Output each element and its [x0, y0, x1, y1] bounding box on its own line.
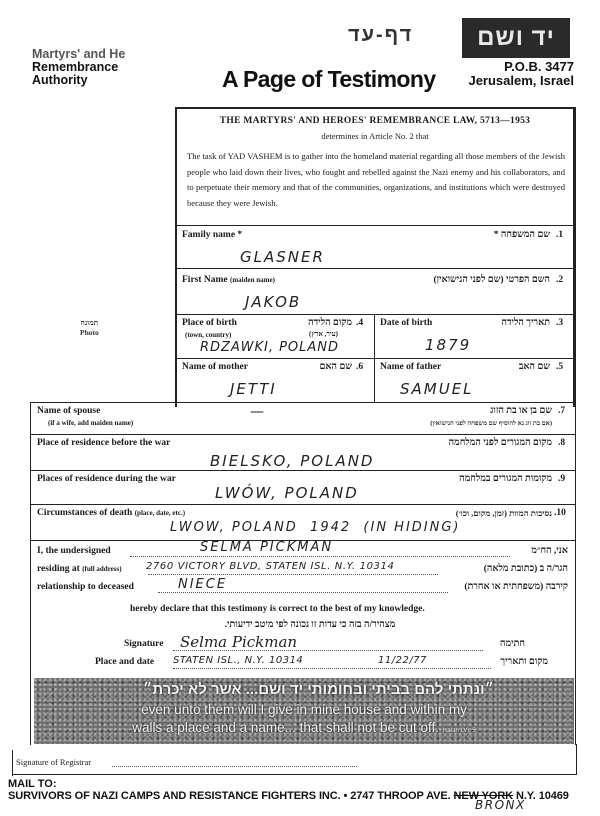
mother-name-hebrew: שם האם	[300, 362, 352, 372]
law-subheading: determines in Article No. 2 that	[177, 131, 573, 141]
residence-during-war-label: Places of residence during the war	[37, 474, 176, 484]
field-number: .3	[556, 318, 563, 328]
banner-reference: Isaiah LVI, 5	[443, 728, 476, 734]
declaration-text: hereby declare that this testimony is co…	[130, 604, 425, 614]
mother-name-label: Name of mother	[182, 362, 248, 372]
page-title: A Page of Testimony	[222, 66, 436, 93]
hebrew-title: דף-עד	[348, 24, 413, 47]
field-number: .10	[554, 508, 566, 518]
photo-label-hebrew: תמונה	[80, 318, 99, 328]
residence-before-war-label: Place of residence before the war	[37, 438, 170, 448]
field-number: .7	[558, 406, 565, 416]
father-name-field[interactable]: SAMUEL	[400, 380, 474, 398]
yad-vashem-logo: יד ושם	[462, 18, 570, 58]
undersigned-field[interactable]: SELMA PICKMAN	[200, 540, 333, 555]
field-number: .6	[356, 362, 363, 372]
field-number: .5	[556, 362, 563, 372]
spouse-sublabel: (if a wife, add maiden name)	[48, 418, 133, 428]
organization-name: Martyrs' and He Remembrance Authority	[32, 48, 125, 87]
law-body: The task of YAD VASHEM is to gather into…	[187, 149, 565, 211]
photo-label: Photo	[80, 328, 99, 338]
registrar-frame-left	[12, 750, 13, 776]
divider	[175, 225, 575, 226]
place-date-label: Place and date	[95, 657, 154, 667]
first-name-hebrew: השם הפרטי (שם לפני הנישואין)	[400, 275, 550, 285]
field-number: .8	[558, 438, 565, 448]
divider	[374, 314, 375, 402]
divider	[30, 470, 575, 471]
registrar-signature-line[interactable]	[112, 766, 357, 767]
spouse-hebrew: שם בן או בת הזוג	[400, 406, 552, 416]
frame-left	[30, 402, 31, 745]
law-section: THE MARTYRS' AND HEROES' REMEMBRANCE LAW…	[177, 110, 573, 211]
place-field[interactable]: STATEN ISL., N.Y. 10314	[173, 655, 303, 666]
declaration-text-hebrew: מצהיר/ה בזה כי עדות זו נכונה לפי מיטב יד…	[190, 620, 430, 630]
banner-english-line-2: walls a place and a name... that shall n…	[34, 720, 574, 735]
field-number: .1	[556, 230, 563, 240]
mail-to-label: MAIL TO:	[8, 778, 56, 790]
banner-hebrew-quote: ״ונתתי להם בביתי ובחומותי יד ושם... אשר …	[143, 681, 494, 698]
signature-label: Signature	[124, 639, 163, 649]
father-name-label: Name of father	[380, 362, 441, 372]
spouse-hebrew-sub: (אם בת זוג נא להוסיף שם משפחה לפני הנישו…	[340, 420, 552, 427]
po-box: P.O.B. 3477	[462, 60, 574, 74]
residence-during-war-hebrew: מקומות המגורים במלחמה	[380, 474, 552, 484]
divider	[30, 402, 575, 403]
residence-during-war-field[interactable]: LWÓW, POLAND	[215, 484, 359, 502]
place-of-birth-label: Place of birth	[182, 318, 237, 328]
city: Jerusalem, Israel	[462, 74, 574, 88]
banner-english-line-1: even unto them will I give in mine house…	[34, 702, 574, 717]
place-of-birth-hebrew-sub: (עיר, ארץ)	[290, 330, 338, 338]
date-of-birth-field[interactable]: 1879	[425, 336, 471, 354]
residing-label: residing at (full address)	[37, 564, 122, 574]
photo-placeholder[interactable]: תמונה Photo	[80, 318, 99, 338]
father-name-hebrew: שם האב	[500, 362, 550, 372]
place-date-hebrew: מקום ותאריך	[492, 657, 548, 667]
scripture-banner: ״ונתתי להם בביתי ובחומותי יד ושם... אשר …	[34, 678, 574, 744]
circumstances-of-death-field[interactable]: LWOW, POLAND 1942 (IN HIDING)	[170, 520, 461, 535]
relationship-hebrew: קירבה (משפחתית או אחרת)	[450, 582, 568, 592]
place-date-line	[173, 668, 491, 669]
undersigned-label: I, the undersigned	[37, 546, 111, 556]
address-block: P.O.B. 3477 Jerusalem, Israel	[462, 60, 574, 88]
residing-field[interactable]: 2760 VICTORY BLVD, STATEN ISL. N.Y. 1031…	[146, 561, 394, 572]
family-name-hebrew: שם המשפחה *	[470, 230, 550, 240]
date-of-birth-hebrew: תאריך הלידה	[480, 318, 550, 328]
field-number: .9	[558, 474, 565, 484]
field-number: .2	[556, 275, 563, 285]
divider	[30, 504, 575, 505]
divider	[30, 434, 575, 435]
handwritten-city: BRONX	[475, 798, 526, 812]
spouse-field[interactable]: —	[250, 404, 266, 420]
residing-hebrew: הגר/ה ב (כתובת מלאה)	[440, 564, 568, 574]
signature-hebrew: חתימה	[485, 639, 525, 649]
relationship-field[interactable]: NIECE	[178, 577, 227, 592]
family-name-label: Family name *	[182, 230, 242, 240]
first-name-field[interactable]: JAKOB	[245, 293, 301, 311]
signature-field[interactable]: Selma Pickman	[180, 633, 297, 651]
circumstances-of-death-hebrew: נסיבות המוות (זמן, מקום, וכו׳)	[380, 508, 552, 518]
date-of-birth-label: Date of birth	[380, 318, 432, 328]
residing-line	[148, 574, 438, 575]
first-name-label: First Name (maiden name)	[182, 275, 275, 285]
law-heading: THE MARTYRS' AND HEROES' REMEMBRANCE LAW…	[177, 110, 573, 126]
registrar-frame-bottom	[12, 774, 577, 775]
divider	[175, 358, 575, 359]
family-name-field[interactable]: GLASNER	[240, 248, 325, 266]
divider	[175, 268, 575, 269]
date-field[interactable]: 11/22/77	[378, 655, 427, 666]
registrar-signature-label: Signature of Registrar	[16, 757, 91, 767]
relationship-line	[158, 592, 448, 593]
spouse-label: Name of spouse	[37, 406, 100, 416]
undersigned-hebrew: אני, הח״מ	[510, 546, 568, 556]
frame-right	[575, 107, 576, 745]
registrar-frame-right	[576, 744, 577, 774]
undersigned-line	[130, 556, 510, 557]
place-of-birth-hebrew: מקום הלידה	[290, 318, 352, 328]
circumstances-of-death-label: Circumstances of death (place, date, etc…	[37, 508, 185, 518]
org-line-3: Authority	[32, 74, 125, 87]
residence-before-war-field[interactable]: BIELSKO, POLAND	[210, 452, 374, 470]
divider	[175, 314, 575, 315]
residence-before-war-hebrew: מקום המגורים לפני המלחמה	[380, 438, 552, 448]
place-of-birth-sublabel: (town, country)	[185, 330, 231, 340]
place-of-birth-field[interactable]: RDZAWKI, POLAND	[200, 340, 339, 355]
relationship-label: relationship to deceased	[37, 582, 134, 592]
mail-address-main: SURVIVORS OF NAZI CAMPS AND RESISTANCE F…	[8, 790, 451, 802]
field-number: .4	[356, 318, 363, 328]
mother-name-field[interactable]: JETTI	[230, 380, 277, 398]
